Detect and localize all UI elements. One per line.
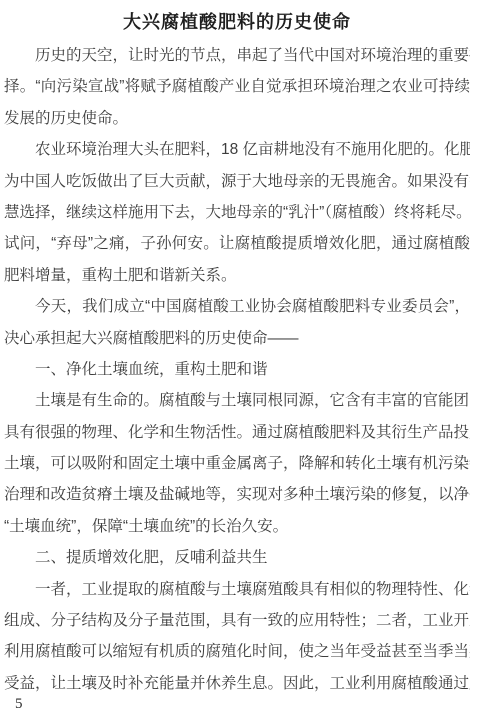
document-page: 大兴腐植酸肥料的历史使命 历史的天空，让时光的节点，串起了当代中国对环境治理的重… xyxy=(0,0,478,723)
text-line: 利用腐植酸可以缩短有机质的腐殖化时间，使之当年受益甚至当季当期 xyxy=(4,636,470,667)
text-line: 土壤是有生命的。腐植酸与土壤同根同源，它含有丰富的官能团， xyxy=(4,385,470,416)
page-number: 5 xyxy=(15,694,23,714)
text-line: 农业环境治理大头在肥料，18 亿亩耕地没有不施用化肥的。化肥 xyxy=(4,134,470,165)
section-heading: 二、提质增效化肥，反哺利益共生 xyxy=(4,542,470,573)
text-line: “土壤血统”，保障“土壤血统”的长治久安。 xyxy=(4,511,470,542)
text-line: 为中国人吃饭做出了巨大贡献，源于大地母亲的无畏施舍。如果没有智 xyxy=(4,166,470,197)
text-line: 受益，让土壤及时补充能量并休养生息。因此，工业利用腐植酸通过肥 xyxy=(4,668,470,699)
section-heading: 一、净化土壤血统，重构土肥和谐 xyxy=(4,354,470,385)
text-line: 发展的历史使命。 xyxy=(4,103,470,134)
text-line: 具有很强的物理、化学和生物活性。通过腐植酸肥料及其衍生产品投入 xyxy=(4,417,470,448)
page-title: 大兴腐植酸肥料的历史使命 xyxy=(4,6,470,38)
text-line: 择。“向污染宣战”将赋予腐植酸产业自觉承担环境治理之农业可持续 xyxy=(4,71,470,102)
text-line: 历史的天空，让时光的节点，串起了当代中国对环境治理的重要抉 xyxy=(4,40,470,71)
text-line: 治理和改造贫瘠土壤及盐碱地等，实现对多种土壤污染的修复，以净化 xyxy=(4,479,470,510)
text-line: 今天，我们成立“中国腐植酸工业协会腐植酸肥料专业委员会”， xyxy=(4,291,470,322)
text-line: 慧选择，继续这样施用下去，大地母亲的“乳汁”（腐植酸）终将耗尽。 xyxy=(4,197,470,228)
text-line: 决心承担起大兴腐植酸肥料的历史使命—— xyxy=(4,323,470,354)
text-line: 一者，工业提取的腐植酸与土壤腐殖酸具有相似的物理特性、化学 xyxy=(4,574,470,605)
text-line: 土壤，可以吸附和固定土壤中重金属离子，降解和转化土壤有机污染物， xyxy=(4,448,470,479)
text-line: 组成、分子结构及分子量范围，具有一致的应用特性；二者，工业开发 xyxy=(4,605,470,636)
text-line: 试问，“弃母”之痛，子孙何安。让腐植酸提质增效化肥，通过腐植酸 xyxy=(4,228,470,259)
text-line: 肥料增量，重构土肥和谐新关系。 xyxy=(4,260,470,291)
document-body: 历史的天空，让时光的节点，串起了当代中国对环境治理的重要抉择。“向污染宣战”将赋… xyxy=(4,40,470,699)
